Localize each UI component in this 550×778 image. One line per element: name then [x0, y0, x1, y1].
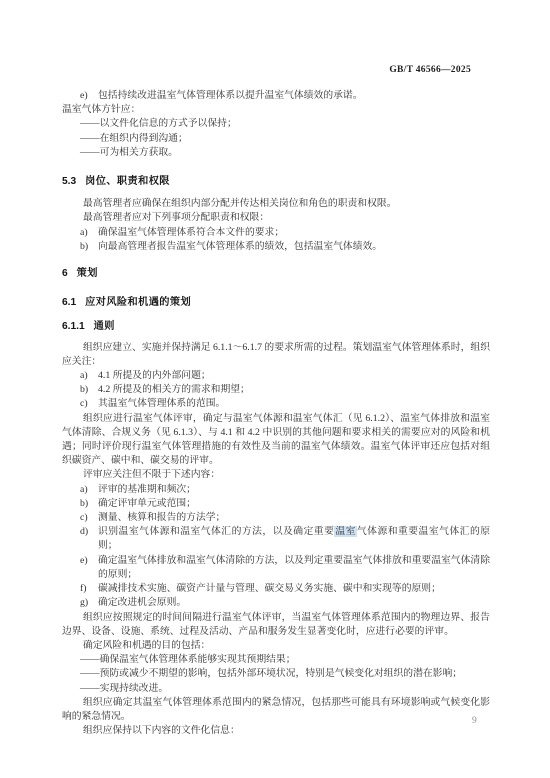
heading-title: 通则	[94, 321, 115, 332]
list-marker: e)	[80, 89, 88, 103]
text-run: ——确保温室气体管理体系能够实现其预期结果；	[80, 654, 296, 665]
list-item: a)评审的基准期和频次；	[62, 483, 490, 497]
text-run: 确定评审单元或范围；	[98, 498, 196, 509]
list-item: b)向最高管理者报告温室气体管理体系的绩效，包括温室气体绩效。	[62, 240, 490, 254]
text-run: 评审的基准期和频次；	[98, 484, 196, 495]
text-run: 确保温室气体管理体系符合本文件的要求；	[98, 227, 284, 238]
heading-title: 策划	[77, 268, 98, 279]
page-number: 9	[472, 716, 477, 726]
heading-number: 5.3	[62, 175, 76, 189]
list-item: g)确定改进机会原则。	[62, 596, 490, 610]
dash-list-item: ——在组织内得到沟通；	[62, 132, 490, 146]
text-run: 温室气体方针应：	[62, 104, 140, 115]
list-marker: c)	[80, 511, 88, 525]
subsection-heading: 6.1应对风险和机遇的策划	[62, 296, 490, 310]
text-run: 其温室气体管理体系的范围。	[98, 398, 225, 409]
text-run: 包括持续改进温室气体管理体系以提升温室气体绩效的承诺。	[98, 90, 363, 101]
text-run: 碳减排技术实施、碳资产计量与管理、碳交易义务实施、碳中和实现等的原则；	[98, 583, 441, 594]
list-item: c)其温室气体管理体系的范围。	[62, 397, 490, 411]
text-run: 4.2 所提及的相关方的需求和期望；	[98, 384, 250, 395]
subsection-heading: 5.3岗位、职责和权限	[62, 175, 490, 189]
paragraph: 组织应进行温室气体评审，确定与温室气体源和温室气体汇（见 6.1.2）、温室气体…	[62, 412, 490, 469]
dash-list-item: ——实现持续改进。	[62, 682, 490, 696]
text-run: 最高管理者应确保在组织内部分配并传达相关岗位和角色的职责和权限。	[83, 198, 397, 209]
document-body: e)包括持续改进温室气体管理体系以提升温室气体绩效的承诺。温室气体方针应：——以…	[62, 89, 490, 738]
paragraph-flush: 温室气体方针应：	[62, 103, 490, 117]
standard-number: GB/T 46566—2025	[389, 65, 471, 75]
dash-list-item: ——确保温室气体管理体系能够实现其预期结果；	[62, 653, 490, 667]
text-run: 组织应进行温室气体评审，确定与温室气体源和温室气体汇（见 6.1.2）、温室气体…	[62, 413, 490, 467]
list-marker: a)	[80, 226, 88, 240]
text-run: 识别温室气体源和温室气体汇的方法，以及确定重要温室气体源和重要温室气体汇的原则；	[98, 526, 490, 551]
text-run: ——以文件化信息的方式予以保持；	[80, 118, 237, 129]
dash-list-item: ——可为相关方获取。	[62, 146, 490, 160]
text-run: 组织应按照规定的时间间隔进行温室气体评审，当温室气体管理体系范围内的物理边界、报…	[62, 612, 490, 637]
heading-number: 6.1	[62, 296, 76, 310]
text-run: 组织应保持以下内容的文件化信息：	[83, 725, 240, 736]
document-page: GB/T 46566—2025 e)包括持续改进温室气体管理体系以提升温室气体绩…	[0, 0, 550, 778]
list-item: c)测量、核算和报告的方法学；	[62, 511, 490, 525]
text-run: 组织应建立、实施并保持满足 6.1.1～6.1.7 的要求所需的过程。策划温室气…	[62, 342, 490, 367]
text-run: 最高管理者应对下列事项分配职责和权限：	[83, 212, 269, 223]
paragraph: 组织应保持以下内容的文件化信息：	[62, 724, 490, 738]
paragraph: 组织应按照规定的时间间隔进行温室气体评审，当温室气体管理体系范围内的物理边界、报…	[62, 611, 490, 639]
dash-list-item: ——以文件化信息的方式予以保持；	[62, 117, 490, 131]
search-highlight: 温室	[334, 526, 357, 537]
heading-number: 6	[62, 267, 68, 281]
text-run: ——预防或减少不期望的影响，包括外部环境状况，特别是气候变化对组织的潜在影响；	[80, 668, 462, 679]
text-run: ——可为相关方获取。	[80, 147, 178, 158]
list-marker: b)	[80, 240, 88, 254]
list-marker: f)	[80, 582, 87, 596]
text-run: ——实现持续改进。	[80, 683, 168, 694]
text-run: 确定温室气体排放和温室气体清除的方法，以及判定重要温室气体排放和重要温室气体清除…	[98, 555, 490, 580]
list-marker: a)	[80, 369, 88, 383]
list-item: d)识别温室气体源和温室气体汇的方法，以及确定重要温室气体源和重要温室气体汇的原…	[62, 525, 490, 553]
dash-list-item: ——预防或减少不期望的影响，包括外部环境状况，特别是气候变化对组织的潜在影响；	[62, 667, 490, 681]
list-item: a)4.1 所提及的内外部问题；	[62, 369, 490, 383]
paragraph: 组织应建立、实施并保持满足 6.1.1～6.1.7 的要求所需的过程。策划温室气…	[62, 341, 490, 369]
text-run: 确定改进机会原则。	[98, 597, 186, 608]
list-marker: g)	[80, 596, 88, 610]
paragraph: 组织应确定其温室气体管理体系范围内的紧急情况，包括那些可能具有环境影响或气候变化…	[62, 696, 490, 724]
text-run: 确定风险和机遇的目的包括：	[83, 640, 210, 651]
list-item: e)包括持续改进温室气体管理体系以提升温室气体绩效的承诺。	[62, 89, 490, 103]
list-item: e)确定温室气体排放和温室气体清除的方法，以及判定重要温室气体排放和重要温室气体…	[62, 554, 490, 582]
text-run: 组织应确定其温室气体管理体系范围内的紧急情况，包括那些可能具有环境影响或气候变化…	[62, 697, 490, 722]
heading-number: 6.1.1	[62, 320, 85, 334]
list-item: b)4.2 所提及的相关方的需求和期望；	[62, 383, 490, 397]
text-run: 测量、核算和报告的方法学；	[98, 512, 225, 523]
list-marker: b)	[80, 497, 88, 511]
list-item: f)碳减排技术实施、碳资产计量与管理、碳交易义务实施、碳中和实现等的原则；	[62, 582, 490, 596]
list-marker: c)	[80, 397, 88, 411]
paragraph: 最高管理者应对下列事项分配职责和权限：	[62, 211, 490, 225]
text-run: 向最高管理者报告温室气体管理体系的绩效，包括温室气体绩效。	[98, 241, 382, 252]
list-marker: d)	[80, 525, 88, 539]
paragraph: 评审应关注但不限于下述内容：	[62, 468, 490, 482]
list-item: b)确定评审单元或范围；	[62, 497, 490, 511]
text-run: ——在组织内得到沟通；	[80, 133, 188, 144]
paragraph: 确定风险和机遇的目的包括：	[62, 639, 490, 653]
list-marker: e)	[80, 554, 88, 568]
text-run: 4.1 所提及的内外部问题；	[98, 370, 211, 381]
heading-title: 岗位、职责和权限	[85, 176, 170, 187]
list-marker: a)	[80, 483, 88, 497]
section-heading: 6策划	[62, 267, 490, 281]
text-run: 评审应关注但不限于下述内容：	[83, 469, 220, 480]
list-item: a)确保温室气体管理体系符合本文件的要求；	[62, 226, 490, 240]
paragraph: 最高管理者应确保在组织内部分配并传达相关岗位和角色的职责和权限。	[62, 197, 490, 211]
text-run: 识别温室气体源和温室气体汇的方法，以及确定重要	[98, 526, 334, 537]
subsubsection-heading: 6.1.1通则	[62, 320, 490, 334]
list-marker: b)	[80, 383, 88, 397]
heading-title: 应对风险和机遇的策划	[85, 297, 191, 308]
